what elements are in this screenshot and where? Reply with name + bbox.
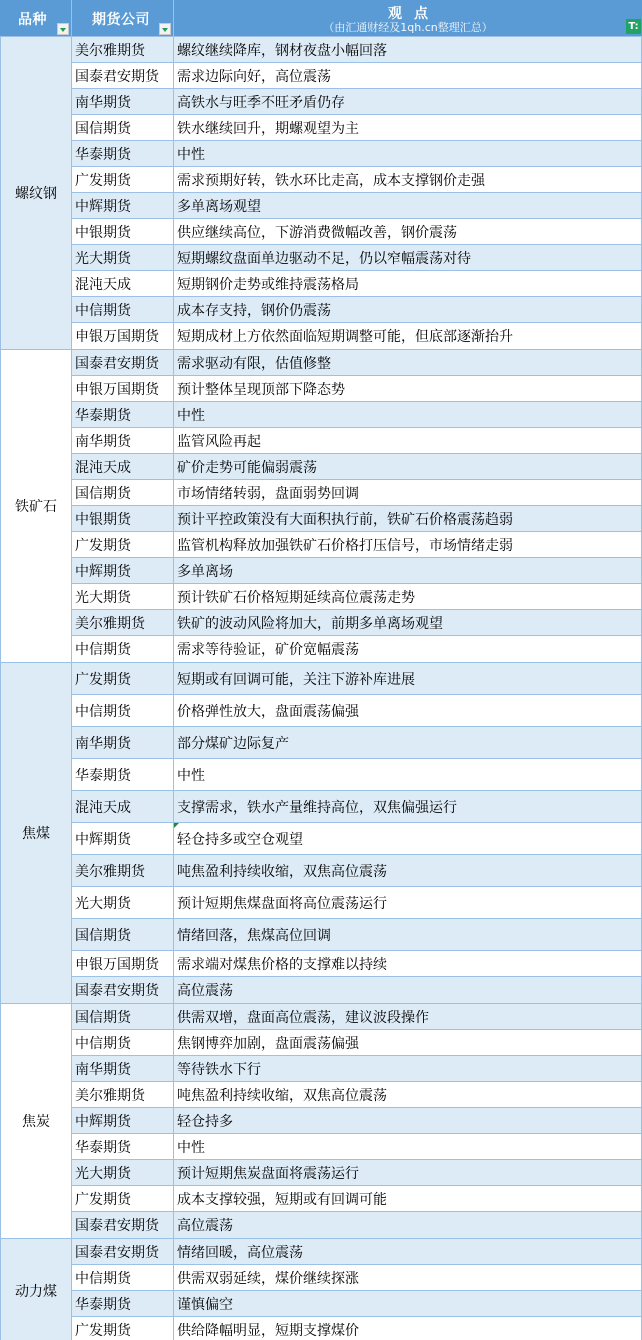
view-cell[interactable]: 市场情绪转弱，盘面弱势回调 (174, 480, 642, 505)
view-text: 高铁水与旺季不旺矛盾仍存 (177, 92, 345, 112)
table-row: 国泰君安期货需求边际向好，高位震荡 (72, 63, 642, 89)
table-row: 国信期货铁水继续回升，期螺观望为主 (72, 115, 642, 141)
table-row: 美尔雅期货螺纹继续降库，钢材夜盘小幅回落 (72, 37, 642, 63)
company-cell[interactable]: 南华期货 (72, 89, 174, 114)
category-group: 焦煤广发期货短期或有回调可能，关注下游补库进展中信期货价格弹性放大，盘面震荡偏强… (0, 663, 642, 1004)
view-text: 轻仓持多 (177, 1111, 233, 1131)
view-text: 供给降幅明显，短期支撑煤价 (177, 1320, 359, 1340)
view-cell[interactable]: 预计短期焦炭盘面将震荡运行 (174, 1160, 642, 1185)
futures-views-sheet: 品种 期货公司 观点 （由汇通财经及1qh.cn整理汇总） T: 螺纹钢美尔雅期… (0, 0, 642, 1340)
view-cell[interactable]: 供需双弱延续，煤价继续探涨 (174, 1265, 642, 1290)
table-row: 国泰君安期货情绪回暖，高位震荡 (72, 1239, 642, 1265)
table-row: 广发期货需求预期好转，铁水环比走高，成本支撑钢价走强 (72, 167, 642, 193)
view-cell[interactable]: 轻仓持多 (174, 1108, 642, 1133)
view-cell[interactable]: 成本存支持，钢价仍震荡 (174, 297, 642, 322)
view-text: 高位震荡 (177, 1215, 233, 1235)
table-row: 广发期货监管机构释放加强铁矿石价格打压信号，市场情绪走弱 (72, 532, 642, 558)
table-row: 中信期货焦钢博弈加剧，盘面震荡偏强 (72, 1030, 642, 1056)
table-row: 中银期货预计平控政策没有大面积执行前，铁矿石价格震荡趋弱 (72, 506, 642, 532)
table-row: 华泰期货中性 (72, 1134, 642, 1160)
table-row: 广发期货供给降幅明显，短期支撑煤价 (72, 1317, 642, 1340)
table-row: 国信期货市场情绪转弱，盘面弱势回调 (72, 480, 642, 506)
header-view-subtitle: （由汇通财经及1qh.cn整理汇总） (174, 19, 642, 35)
view-text: 供应继续高位，下游消费微幅改善，钢价震荡 (177, 222, 457, 242)
view-cell[interactable]: 支撑需求，铁水产量维持高位，双焦偏强运行 (174, 791, 642, 822)
view-cell[interactable]: 供需双增，盘面高位震荡，建议波段操作 (174, 1004, 642, 1029)
table-row: 光大期货预计短期焦炭盘面将震荡运行 (72, 1160, 642, 1186)
company-cell[interactable]: 中信期货 (72, 1265, 174, 1290)
view-text: 供需双弱延续，煤价继续探涨 (177, 1268, 359, 1288)
table-row: 中辉期货多单离场观望 (72, 193, 642, 219)
table-row: 国泰君安期货需求驱动有限，估值修整 (72, 350, 642, 376)
view-cell[interactable]: 预计整体呈现顶部下降态势 (174, 376, 642, 401)
table-row: 华泰期货中性 (72, 141, 642, 167)
filter-active-icon[interactable]: T: (626, 19, 641, 34)
view-cell[interactable]: 部分煤矿边际复产 (174, 727, 642, 758)
view-text: 需求端对煤焦价格的支撑难以持续 (177, 954, 387, 974)
view-cell[interactable]: 成本支撑较强，短期或有回调可能 (174, 1186, 642, 1211)
view-text: 短期钢价走势或维持震荡格局 (177, 274, 359, 294)
view-cell[interactable]: 短期钢价走势或维持震荡格局 (174, 271, 642, 296)
table-row: 广发期货成本支撑较强，短期或有回调可能 (72, 1186, 642, 1212)
view-text: 短期螺纹盘面单边驱动不足，仍以窄幅震荡对待 (177, 248, 471, 268)
category-cell[interactable]: 焦煤 (0, 663, 72, 1003)
table-row: 中信期货成本存支持，钢价仍震荡 (72, 297, 642, 323)
table-row: 南华期货监管风险再起 (72, 428, 642, 454)
company-cell[interactable]: 广发期货 (72, 1186, 174, 1211)
view-text: 中性 (177, 1137, 205, 1157)
company-cell[interactable]: 南华期货 (72, 428, 174, 453)
view-text: 监管机构释放加强铁矿石价格打压信号，市场情绪走弱 (177, 535, 513, 555)
table-row: 光大期货预计铁矿石价格短期延续高位震荡走势 (72, 584, 642, 610)
view-cell[interactable]: 情绪回暖，高位震荡 (174, 1239, 642, 1264)
view-text: 预计短期焦煤盘面将高位震荡运行 (177, 893, 387, 913)
view-cell[interactable]: 需求边际向好，高位震荡 (174, 63, 642, 88)
table-row: 中信期货供需双弱延续，煤价继续探涨 (72, 1265, 642, 1291)
company-cell[interactable]: 中辉期货 (72, 1108, 174, 1133)
view-text: 需求预期好转，铁水环比走高，成本支撑钢价走强 (177, 170, 485, 190)
table-row: 广发期货短期或有回调可能，关注下游补库进展 (72, 663, 642, 695)
view-text: 螺纹继续降库，钢材夜盘小幅回落 (177, 40, 387, 60)
company-cell[interactable]: 华泰期货 (72, 141, 174, 166)
view-text: 预计铁矿石价格短期延续高位震荡走势 (177, 587, 415, 607)
company-cell[interactable]: 光大期货 (72, 584, 174, 609)
view-cell[interactable]: 短期螺纹盘面单边驱动不足，仍以窄幅震荡对待 (174, 245, 642, 270)
table-row: 国泰君安期货高位震荡 (72, 977, 642, 1003)
view-text: 需求驱动有限，估值修整 (177, 353, 331, 373)
view-cell[interactable]: 高铁水与旺季不旺矛盾仍存 (174, 89, 642, 114)
company-cell[interactable]: 国泰君安期货 (72, 977, 174, 1003)
company-cell[interactable]: 中信期货 (72, 297, 174, 322)
view-cell[interactable]: 多单离场 (174, 558, 642, 583)
comment-indicator-icon[interactable] (174, 823, 179, 828)
view-text: 预计短期焦炭盘面将震荡运行 (177, 1163, 359, 1183)
view-text: 短期或有回调可能，关注下游补库进展 (177, 669, 415, 689)
view-text: 等待铁水下行 (177, 1059, 261, 1079)
view-cell[interactable]: 短期或有回调可能，关注下游补库进展 (174, 663, 642, 694)
company-cell[interactable]: 中信期货 (72, 1030, 174, 1055)
category-cell[interactable]: 铁矿石 (0, 350, 72, 662)
view-cell[interactable]: 预计铁矿石价格短期延续高位震荡走势 (174, 584, 642, 609)
company-cell[interactable]: 申银万国期货 (72, 951, 174, 976)
company-cell[interactable]: 广发期货 (72, 663, 174, 694)
header-company-label: 期货公司 (92, 9, 150, 29)
view-text: 预计整体呈现顶部下降态势 (177, 379, 345, 399)
category-group: 铁矿石国泰君安期货需求驱动有限，估值修整申银万国期货预计整体呈现顶部下降态势华泰… (0, 350, 642, 663)
company-cell[interactable]: 美尔雅期货 (72, 855, 174, 886)
view-cell[interactable]: 谨慎偏空 (174, 1291, 642, 1316)
company-cell[interactable]: 华泰期货 (72, 759, 174, 790)
view-text: 预计平控政策没有大面积执行前，铁矿石价格震荡趋弱 (177, 509, 513, 529)
view-cell[interactable]: 供应继续高位，下游消费微幅改善，钢价震荡 (174, 219, 642, 244)
company-cell[interactable]: 光大期货 (72, 1160, 174, 1185)
company-cell[interactable]: 混沌天成 (72, 791, 174, 822)
view-text: 多单离场 (177, 561, 233, 581)
table-row: 中辉期货轻仓持多或空仓观望 (72, 823, 642, 855)
view-cell[interactable]: 中性 (174, 759, 642, 790)
view-cell[interactable]: 焦钢博弈加剧，盘面震荡偏强 (174, 1030, 642, 1055)
table-row: 申银万国期货短期成材上方依然面临短期调整可能，但底部逐渐抬升 (72, 323, 642, 349)
view-text: 铁水继续回升，期螺观望为主 (177, 118, 359, 138)
company-cell[interactable]: 国泰君安期货 (72, 63, 174, 88)
view-cell[interactable]: 螺纹继续降库，钢材夜盘小幅回落 (174, 37, 642, 62)
company-cell[interactable]: 申银万国期货 (72, 323, 174, 349)
company-cell[interactable]: 中银期货 (72, 219, 174, 244)
view-text: 多单离场观望 (177, 196, 261, 216)
view-text: 谨慎偏空 (177, 1294, 233, 1314)
company-cell[interactable]: 中辉期货 (72, 193, 174, 218)
company-cell[interactable]: 光大期货 (72, 887, 174, 918)
company-cell[interactable]: 申银万国期货 (72, 376, 174, 401)
table-row: 申银万国期货需求端对煤焦价格的支撑难以持续 (72, 951, 642, 977)
view-cell[interactable]: 中性 (174, 141, 642, 166)
header-view: 观点 （由汇通财经及1qh.cn整理汇总） T: (174, 0, 642, 36)
view-cell[interactable]: 预计短期焦煤盘面将高位震荡运行 (174, 887, 642, 918)
view-text: 吨焦盈利持续收缩，双焦高位震荡 (177, 861, 387, 881)
header-category: 品种 (0, 0, 72, 36)
view-cell[interactable]: 情绪回落，焦煤高位回调 (174, 919, 642, 950)
company-cell[interactable]: 中信期货 (72, 695, 174, 726)
view-text: 支撑需求，铁水产量维持高位，双焦偏强运行 (177, 797, 457, 817)
view-cell[interactable]: 监管机构释放加强铁矿石价格打压信号，市场情绪走弱 (174, 532, 642, 557)
view-text: 情绪回落，焦煤高位回调 (177, 925, 331, 945)
view-cell[interactable]: 需求预期好转，铁水环比走高，成本支撑钢价走强 (174, 167, 642, 192)
view-text: 矿价走势可能偏弱震荡 (177, 457, 317, 477)
company-cell[interactable]: 华泰期货 (72, 1291, 174, 1316)
company-cell[interactable]: 华泰期货 (72, 1134, 174, 1159)
filter-dropdown-icon[interactable] (159, 23, 171, 35)
table-row: 南华期货等待铁水下行 (72, 1056, 642, 1082)
view-cell[interactable]: 多单离场观望 (174, 193, 642, 218)
company-cell[interactable]: 中信期货 (72, 636, 174, 662)
category-group: 动力煤国泰君安期货情绪回暖，高位震荡中信期货供需双弱延续，煤价继续探涨华泰期货谨… (0, 1239, 642, 1340)
table-row: 中银期货供应继续高位，下游消费微幅改善，钢价震荡 (72, 219, 642, 245)
company-cell[interactable]: 光大期货 (72, 245, 174, 270)
category-cell[interactable]: 焦炭 (0, 1004, 72, 1238)
table-row: 华泰期货中性 (72, 402, 642, 428)
table-row: 国信期货供需双增，盘面高位震荡，建议波段操作 (72, 1004, 642, 1030)
company-cell[interactable]: 国泰君安期货 (72, 350, 174, 375)
view-text: 部分煤矿边际复产 (177, 733, 289, 753)
view-text: 成本存支持，钢价仍震荡 (177, 300, 331, 320)
table-row: 混沌天成矿价走势可能偏弱震荡 (72, 454, 642, 480)
company-cell[interactable]: 美尔雅期货 (72, 1082, 174, 1107)
table-header: 品种 期货公司 观点 （由汇通财经及1qh.cn整理汇总） T: (0, 0, 642, 37)
table-row: 国信期货情绪回落，焦煤高位回调 (72, 919, 642, 951)
view-cell[interactable]: 预计平控政策没有大面积执行前，铁矿石价格震荡趋弱 (174, 506, 642, 531)
view-cell[interactable]: 轻仓持多或空仓观望 (174, 823, 642, 854)
table-row: 南华期货高铁水与旺季不旺矛盾仍存 (72, 89, 642, 115)
table-row: 美尔雅期货铁矿的波动风险将加大，前期多单离场观望 (72, 610, 642, 636)
filter-dropdown-icon[interactable] (57, 23, 69, 35)
view-text: 吨焦盈利持续收缩，双焦高位震荡 (177, 1085, 387, 1105)
view-text: 短期成材上方依然面临短期调整可能，但底部逐渐抬升 (177, 326, 513, 346)
view-cell[interactable]: 吨焦盈利持续收缩，双焦高位震荡 (174, 855, 642, 886)
view-cell[interactable]: 吨焦盈利持续收缩，双焦高位震荡 (174, 1082, 642, 1107)
table-row: 混沌天成支撑需求，铁水产量维持高位，双焦偏强运行 (72, 791, 642, 823)
company-cell[interactable]: 国信期货 (72, 115, 174, 140)
header-category-label: 品种 (18, 9, 47, 29)
company-cell[interactable]: 中辉期货 (72, 558, 174, 583)
view-text: 成本支撑较强，短期或有回调可能 (177, 1189, 387, 1209)
view-text: 高位震荡 (177, 980, 233, 1000)
company-cell[interactable]: 广发期货 (72, 167, 174, 192)
company-cell[interactable]: 国泰君安期货 (72, 1239, 174, 1264)
company-cell[interactable]: 国信期货 (72, 480, 174, 505)
view-text: 中性 (177, 405, 205, 425)
company-cell[interactable]: 美尔雅期货 (72, 37, 174, 62)
table-row: 华泰期货谨慎偏空 (72, 1291, 642, 1317)
view-text: 供需双增，盘面高位震荡，建议波段操作 (177, 1007, 429, 1027)
table-row: 中辉期货多单离场 (72, 558, 642, 584)
table-row: 美尔雅期货吨焦盈利持续收缩，双焦高位震荡 (72, 1082, 642, 1108)
table-row: 中信期货需求等待验证，矿价宽幅震荡 (72, 636, 642, 662)
table-row: 申银万国期货预计整体呈现顶部下降态势 (72, 376, 642, 402)
view-cell[interactable]: 价格弹性放大，盘面震荡偏强 (174, 695, 642, 726)
view-cell[interactable]: 需求驱动有限，估值修整 (174, 350, 642, 375)
view-cell[interactable]: 中性 (174, 402, 642, 427)
view-cell[interactable]: 供给降幅明显，短期支撑煤价 (174, 1317, 642, 1340)
header-company: 期货公司 (72, 0, 174, 36)
view-text: 中性 (177, 765, 205, 785)
view-text: 中性 (177, 144, 205, 164)
company-cell[interactable]: 中辉期货 (72, 823, 174, 854)
view-cell[interactable]: 高位震荡 (174, 1212, 642, 1238)
table-row: 南华期货部分煤矿边际复产 (72, 727, 642, 759)
view-cell[interactable]: 铁矿的波动风险将加大，前期多单离场观望 (174, 610, 642, 635)
view-text: 焦钢博弈加剧，盘面震荡偏强 (177, 1033, 359, 1053)
view-text: 价格弹性放大，盘面震荡偏强 (177, 701, 359, 721)
table-row: 华泰期货中性 (72, 759, 642, 791)
company-cell[interactable]: 美尔雅期货 (72, 610, 174, 635)
category-cell[interactable]: 螺纹钢 (0, 37, 72, 349)
view-cell[interactable]: 中性 (174, 1134, 642, 1159)
view-text: 情绪回暖，高位震荡 (177, 1242, 303, 1262)
table-row: 中信期货价格弹性放大，盘面震荡偏强 (72, 695, 642, 727)
view-cell[interactable]: 短期成材上方依然面临短期调整可能，但底部逐渐抬升 (174, 323, 642, 349)
view-cell[interactable]: 矿价走势可能偏弱震荡 (174, 454, 642, 479)
view-cell[interactable]: 需求端对煤焦价格的支撑难以持续 (174, 951, 642, 976)
view-cell[interactable]: 等待铁水下行 (174, 1056, 642, 1081)
view-text: 监管风险再起 (177, 431, 261, 451)
view-text: 需求等待验证，矿价宽幅震荡 (177, 639, 359, 659)
company-cell[interactable]: 南华期货 (72, 1056, 174, 1081)
company-cell[interactable]: 国信期货 (72, 1004, 174, 1029)
company-cell[interactable]: 国信期货 (72, 919, 174, 950)
company-cell[interactable]: 华泰期货 (72, 402, 174, 427)
company-cell[interactable]: 中银期货 (72, 506, 174, 531)
view-cell[interactable]: 高位震荡 (174, 977, 642, 1003)
company-cell[interactable]: 混沌天成 (72, 454, 174, 479)
category-cell[interactable]: 动力煤 (0, 1239, 72, 1340)
company-cell[interactable]: 国泰君安期货 (72, 1212, 174, 1238)
view-cell[interactable]: 需求等待验证，矿价宽幅震荡 (174, 636, 642, 662)
view-cell[interactable]: 铁水继续回升，期螺观望为主 (174, 115, 642, 140)
view-text: 轻仓持多或空仓观望 (177, 829, 303, 849)
company-cell[interactable]: 广发期货 (72, 532, 174, 557)
company-cell[interactable]: 广发期货 (72, 1317, 174, 1340)
view-cell[interactable]: 监管风险再起 (174, 428, 642, 453)
table-row: 光大期货短期螺纹盘面单边驱动不足，仍以窄幅震荡对待 (72, 245, 642, 271)
view-text: 铁矿的波动风险将加大，前期多单离场观望 (177, 613, 443, 633)
category-group: 螺纹钢美尔雅期货螺纹继续降库，钢材夜盘小幅回落国泰君安期货需求边际向好，高位震荡… (0, 37, 642, 350)
table-body: 螺纹钢美尔雅期货螺纹继续降库，钢材夜盘小幅回落国泰君安期货需求边际向好，高位震荡… (0, 37, 642, 1340)
table-row: 美尔雅期货吨焦盈利持续收缩，双焦高位震荡 (72, 855, 642, 887)
company-cell[interactable]: 南华期货 (72, 727, 174, 758)
table-row: 光大期货预计短期焦煤盘面将高位震荡运行 (72, 887, 642, 919)
table-row: 中辉期货轻仓持多 (72, 1108, 642, 1134)
table-row: 国泰君安期货高位震荡 (72, 1212, 642, 1238)
view-text: 市场情绪转弱，盘面弱势回调 (177, 483, 359, 503)
table-row: 混沌天成短期钢价走势或维持震荡格局 (72, 271, 642, 297)
company-cell[interactable]: 混沌天成 (72, 271, 174, 296)
category-group: 焦炭国信期货供需双增，盘面高位震荡，建议波段操作中信期货焦钢博弈加剧，盘面震荡偏… (0, 1004, 642, 1239)
view-text: 需求边际向好，高位震荡 (177, 66, 331, 86)
